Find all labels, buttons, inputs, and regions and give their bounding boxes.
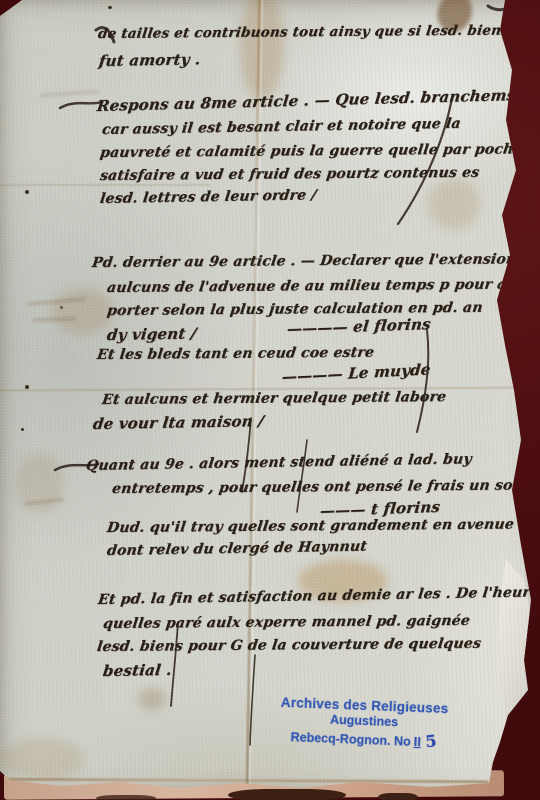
handwritten-line: bestial .: [102, 661, 173, 680]
paper-stain: [428, 178, 480, 230]
handwritten-line: Quant au 9e . alors ment stend aliéné a …: [85, 451, 473, 474]
ink-flourish: [297, 440, 307, 512]
ink-spot: [25, 190, 29, 194]
handwritten-line: Et les bleds tant en ceud coe estre: [96, 345, 375, 363]
shadow-blob: [228, 789, 346, 800]
handwritten-line: Et aulcuns et hermier quelque petit labo…: [101, 389, 447, 408]
bleedthrough-mark: [40, 90, 100, 97]
handwritten-line: Dud. qu'il tray quelles sont grandement …: [106, 516, 515, 536]
handwritten-line: Respons au 8me article . — Que lesd. bra…: [96, 86, 516, 115]
ink-spot: [108, 6, 112, 9]
stamp-handwritten-number: 5: [424, 731, 437, 751]
handwritten-line: ———— Le muyde: [281, 360, 431, 386]
handwritten-line: dy vigent /: [106, 324, 198, 344]
paper-stain: [52, 288, 114, 334]
stamp-roman-numeral: II: [413, 734, 421, 749]
ink-spot: [60, 306, 63, 309]
ink-flourish: [488, 3, 521, 10]
handwritten-line: pauvreté et calamité puis la guerre quel…: [99, 141, 524, 161]
paper-stain: [0, 738, 84, 780]
handwritten-line: dont relev du clergé de Haynnut: [106, 538, 368, 559]
handwritten-line: entretemps , pour quelles ont pensé le f…: [111, 477, 528, 497]
manuscript-paper: de tailles et contribuons tout ainsy que…: [0, 0, 540, 800]
paper-stain: [138, 688, 166, 710]
shadow-blob: [378, 793, 418, 800]
handwritten-line: fut amorty .: [98, 50, 202, 70]
handwritten-line: de vour lta maison /: [92, 412, 265, 433]
handwritten-line: car aussy il est besant clair et notoire…: [101, 116, 462, 138]
handwritten-line: quelles paré aulx experre mannel pd. gai…: [102, 613, 471, 632]
shadow-blob: [96, 795, 156, 800]
torn-edge-flap: [494, 552, 534, 724]
handwritten-line: de tailles et contribuons tout ainsy que…: [97, 22, 534, 42]
handwritten-line: lesd. lettres de leur ordre /: [99, 187, 318, 207]
archive-stamp: Archives des Religieuses Augustines Rebe…: [271, 694, 457, 751]
ink-flourish: [60, 102, 102, 108]
ink-flourish: [417, 330, 428, 432]
handwritten-line: ———— el florins: [286, 315, 432, 338]
handwritten-line: Pd. derrier au 9e article . — Declarer q…: [91, 251, 517, 271]
handwritten-line: aulcuns de l'advenue de au milieu temps …: [106, 277, 508, 297]
photo-background: de tailles et contribuons tout ainsy que…: [0, 0, 540, 800]
handwritten-line: lesd. biens pour G de la couverture de q…: [96, 636, 482, 655]
ink-spot: [21, 428, 24, 431]
horizontal-crease: [0, 184, 210, 186]
stamp-line-3-text: Rebecq-Rognon. No: [290, 730, 411, 749]
paper-stain: [16, 452, 64, 514]
handwritten-line: Et pd. la fin et satisfaction au demie a…: [97, 584, 540, 608]
handwritten-line: satisfaire a vud et fruid des pourtz con…: [99, 165, 480, 184]
